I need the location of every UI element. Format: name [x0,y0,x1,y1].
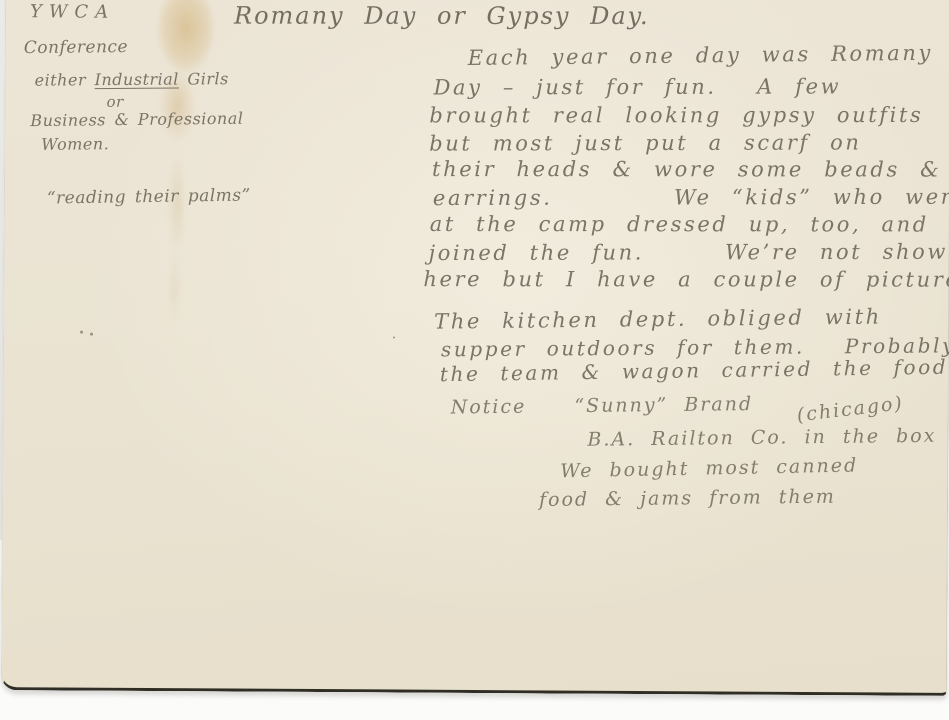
paper-speck [80,331,83,334]
women-line: Women. [41,134,109,154]
handwritten-line: The kitchen dept. obliged with [434,305,882,334]
or-word: or [106,93,123,111]
handwritten-line: food & jams from them [539,486,836,511]
either-suffix: Girls [179,69,229,88]
reading-palms-note: “reading their palms” [47,185,251,208]
handwritten-line: at the camp dressed up, too, and [430,212,929,236]
handwritten-line: but most just put a scarf on [429,130,861,155]
handwritten-line: Day – just for fun. A few [434,74,842,99]
handwritten-line: We bought most canned [560,454,858,482]
handwritten-line: their heads & wore some beads & [432,157,941,181]
chicago-annotation: (chicago) [796,392,905,426]
handwritten-line: joined the fun. We’re not shown [429,240,949,265]
paper-speck [393,336,395,338]
either-prefix: either [35,70,95,89]
handwritten-line: Each year one day was Romany [468,41,933,70]
paper-speck [90,333,93,336]
either-industrial-girls-line: either Industrial Girls [35,69,229,90]
conference-label: Conference [24,37,128,58]
notice-sunny-brand-line: Notice “Sunny” Brand [451,393,754,418]
handwritten-line: here but I have a couple of pictures. [423,267,949,291]
business-professional-line: Business & Professional [30,109,243,130]
page-title: Romany Day or Gypsy Day. [234,2,650,30]
org-name: YWCA [30,1,115,23]
handwritten-line: brought real looking gypsy outfits [429,103,923,127]
handwritten-line: B.A. Railton Co. in the box [587,425,936,451]
industrial-underlined: Industrial [95,70,179,90]
photo-card-back: Romany Day or Gypsy Day. YWCA Conference… [1,0,949,696]
handwritten-line: earrings. We “kids” who were [433,185,949,210]
stain-mark [132,0,244,349]
